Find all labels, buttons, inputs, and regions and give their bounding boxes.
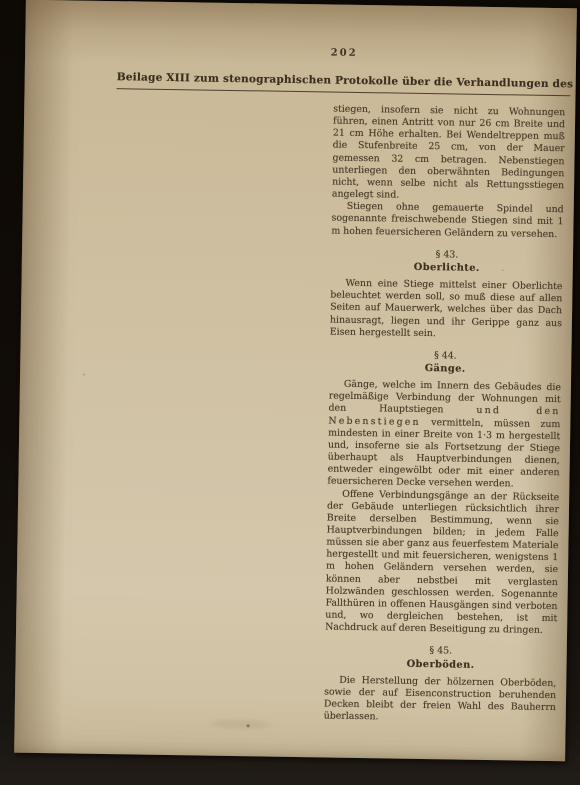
section-44-paragraph-gaenge: Gänge, welche im Innern des Gebäudes die… [327,379,561,492]
running-header: Beilage XIII zum stenographischen Protok… [117,71,571,96]
section-45-paragraph: Die Herstellung der hölzernen Oberböden,… [324,674,557,726]
page-number: 202 [117,45,571,62]
paper-speck [83,374,85,376]
section-43-paragraph: Wenn eine Stiege mittelst einer Oberlich… [330,278,563,342]
section-43-title: Oberlichte. [331,260,563,276]
scan-background: 202 Beilage XIII zum stenographischen Pr… [0,0,580,785]
paper-smudge [211,719,271,730]
gaenge-text-after: vermitteln, müssen zum mindesten in eine… [327,417,560,490]
paragraph-continuation: stiegen, insofern sie nicht zu Wohnungen… [332,104,565,205]
paper-speck [247,724,250,727]
section-44-paragraph-verbindungsgaenge: Offene Verbindungsgänge an der Rückseite… [325,488,559,638]
paper-speck [502,269,504,271]
section-44-title: Gänge. [329,361,561,377]
text-column: stiegen, insofern sie nicht zu Wohnungen… [324,104,566,727]
scanned-page: 202 Beilage XIII zum stenographischen Pr… [14,0,577,761]
paragraph-spindel: Stiegen ohne gemauerte Spindel und sogen… [331,201,564,241]
page-header: 202 Beilage XIII zum stenographischen Pr… [117,45,572,96]
section-45-title: Oberböden. [324,657,556,673]
